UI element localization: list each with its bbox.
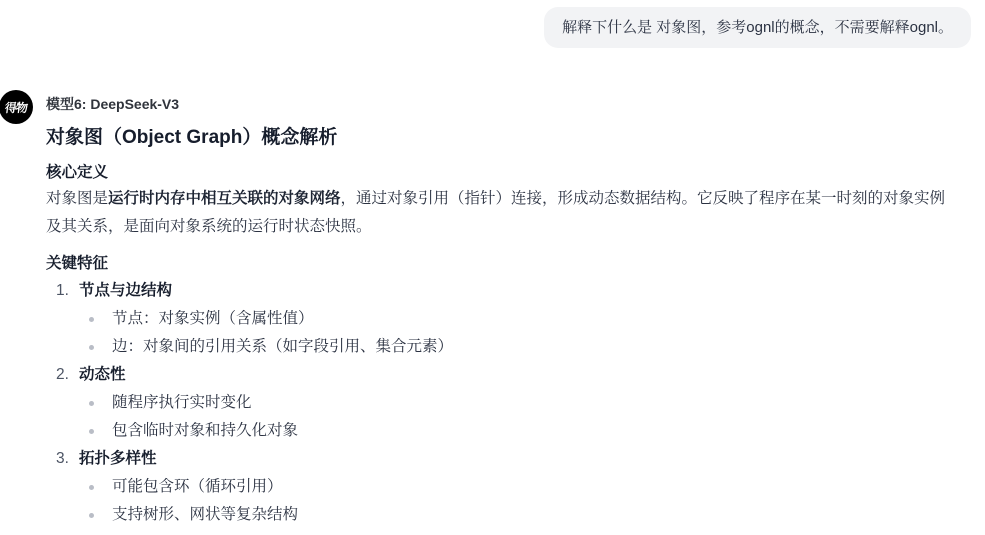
list-item: 3.拓扑多样性 可能包含环（循环引用） 支持树形、网状等复杂结构 xyxy=(46,445,956,529)
bullet-icon xyxy=(89,401,94,406)
model-label: 模型6: DeepSeek-V3 xyxy=(46,90,956,113)
list-sub-item: 随程序执行实时变化 xyxy=(46,389,956,417)
list-item-number: 1. xyxy=(56,277,79,305)
list-sub-item-text: 可能包含环（循环引用） xyxy=(112,478,283,495)
list-item: 2.动态性 随程序执行实时变化 包含临时对象和持久化对象 xyxy=(46,361,956,445)
assistant-message: 得物 模型6: DeepSeek-V3 对象图（Object Graph）概念解… xyxy=(0,90,985,529)
list-sub-item: 可能包含环（循环引用） xyxy=(46,473,956,501)
core-definition-paragraph: 对象图是运行时内存中相互关联的对象网络，通过对象引用（指针）连接，形成动态数据结… xyxy=(46,185,951,241)
bullet-icon xyxy=(89,485,94,490)
assistant-message-body: 模型6: DeepSeek-V3 对象图（Object Graph）概念解析 核… xyxy=(46,90,956,529)
user-message-row: 解释下什么是 对象图，参考ognl的概念，不需要解释ognl。 xyxy=(0,0,985,48)
list-item-heading: 2.动态性 xyxy=(46,361,956,389)
list-sub-item: 支持树形、网状等复杂结构 xyxy=(46,501,956,529)
list-item-heading: 1.节点与边结构 xyxy=(46,277,956,305)
paragraph-text: 对象图是 xyxy=(46,190,108,207)
key-features-list: 1.节点与边结构 节点：对象实例（含属性值） 边：对象间的引用关系（如字段引用、… xyxy=(46,277,956,529)
list-sub-item: 边：对象间的引用关系（如字段引用、集合元素） xyxy=(46,333,956,361)
list-sub-item: 包含临时对象和持久化对象 xyxy=(46,417,956,445)
list-sub-item-text: 包含临时对象和持久化对象 xyxy=(112,422,298,439)
message-title: 对象图（Object Graph）概念解析 xyxy=(46,125,956,150)
list-item-number: 3. xyxy=(56,445,79,473)
dewu-logo-avatar: 得物 xyxy=(0,90,33,124)
list-sub-item: 节点：对象实例（含属性值） xyxy=(46,305,956,333)
paragraph-bold-text: 运行时内存中相互关联的对象网络 xyxy=(108,190,341,207)
list-item-title: 拓扑多样性 xyxy=(79,450,157,467)
list-sub-item-text: 边：对象间的引用关系（如字段引用、集合元素） xyxy=(112,338,453,355)
bullet-icon xyxy=(89,345,94,350)
bullet-icon xyxy=(89,317,94,322)
user-message-bubble: 解释下什么是 对象图，参考ognl的概念，不需要解释ognl。 xyxy=(544,7,971,48)
list-sub-item-text: 随程序执行实时变化 xyxy=(112,394,252,411)
chat-page: 解释下什么是 对象图，参考ognl的概念，不需要解释ognl。 得物 模型6: … xyxy=(0,0,985,535)
list-item: 1.节点与边结构 节点：对象实例（含属性值） 边：对象间的引用关系（如字段引用、… xyxy=(46,277,956,361)
list-item-title: 动态性 xyxy=(79,366,126,383)
list-sub-item-text: 支持树形、网状等复杂结构 xyxy=(112,506,298,523)
list-sub-item-text: 节点：对象实例（含属性值） xyxy=(112,310,314,327)
user-message-text: 解释下什么是 对象图，参考ognl的概念，不需要解释ognl。 xyxy=(562,19,953,36)
list-item-number: 2. xyxy=(56,361,79,389)
section-heading-key-features: 关键特征 xyxy=(46,253,956,274)
section-heading-core-definition: 核心定义 xyxy=(46,162,956,183)
dewu-logo-text: 得物 xyxy=(4,99,28,116)
list-item-title: 节点与边结构 xyxy=(79,282,172,299)
list-item-heading: 3.拓扑多样性 xyxy=(46,445,956,473)
bullet-icon xyxy=(89,513,94,518)
bullet-icon xyxy=(89,429,94,434)
